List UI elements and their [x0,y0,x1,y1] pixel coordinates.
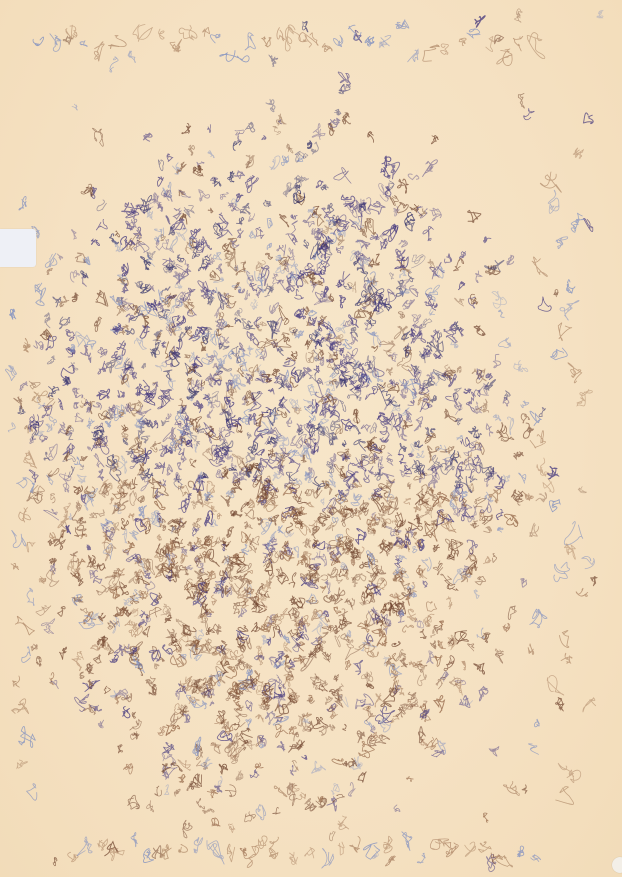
artwork-paper [0,0,622,877]
handwriting-scribbles [0,0,622,877]
corner-mark [612,857,622,873]
paper-label-patch [0,229,36,267]
